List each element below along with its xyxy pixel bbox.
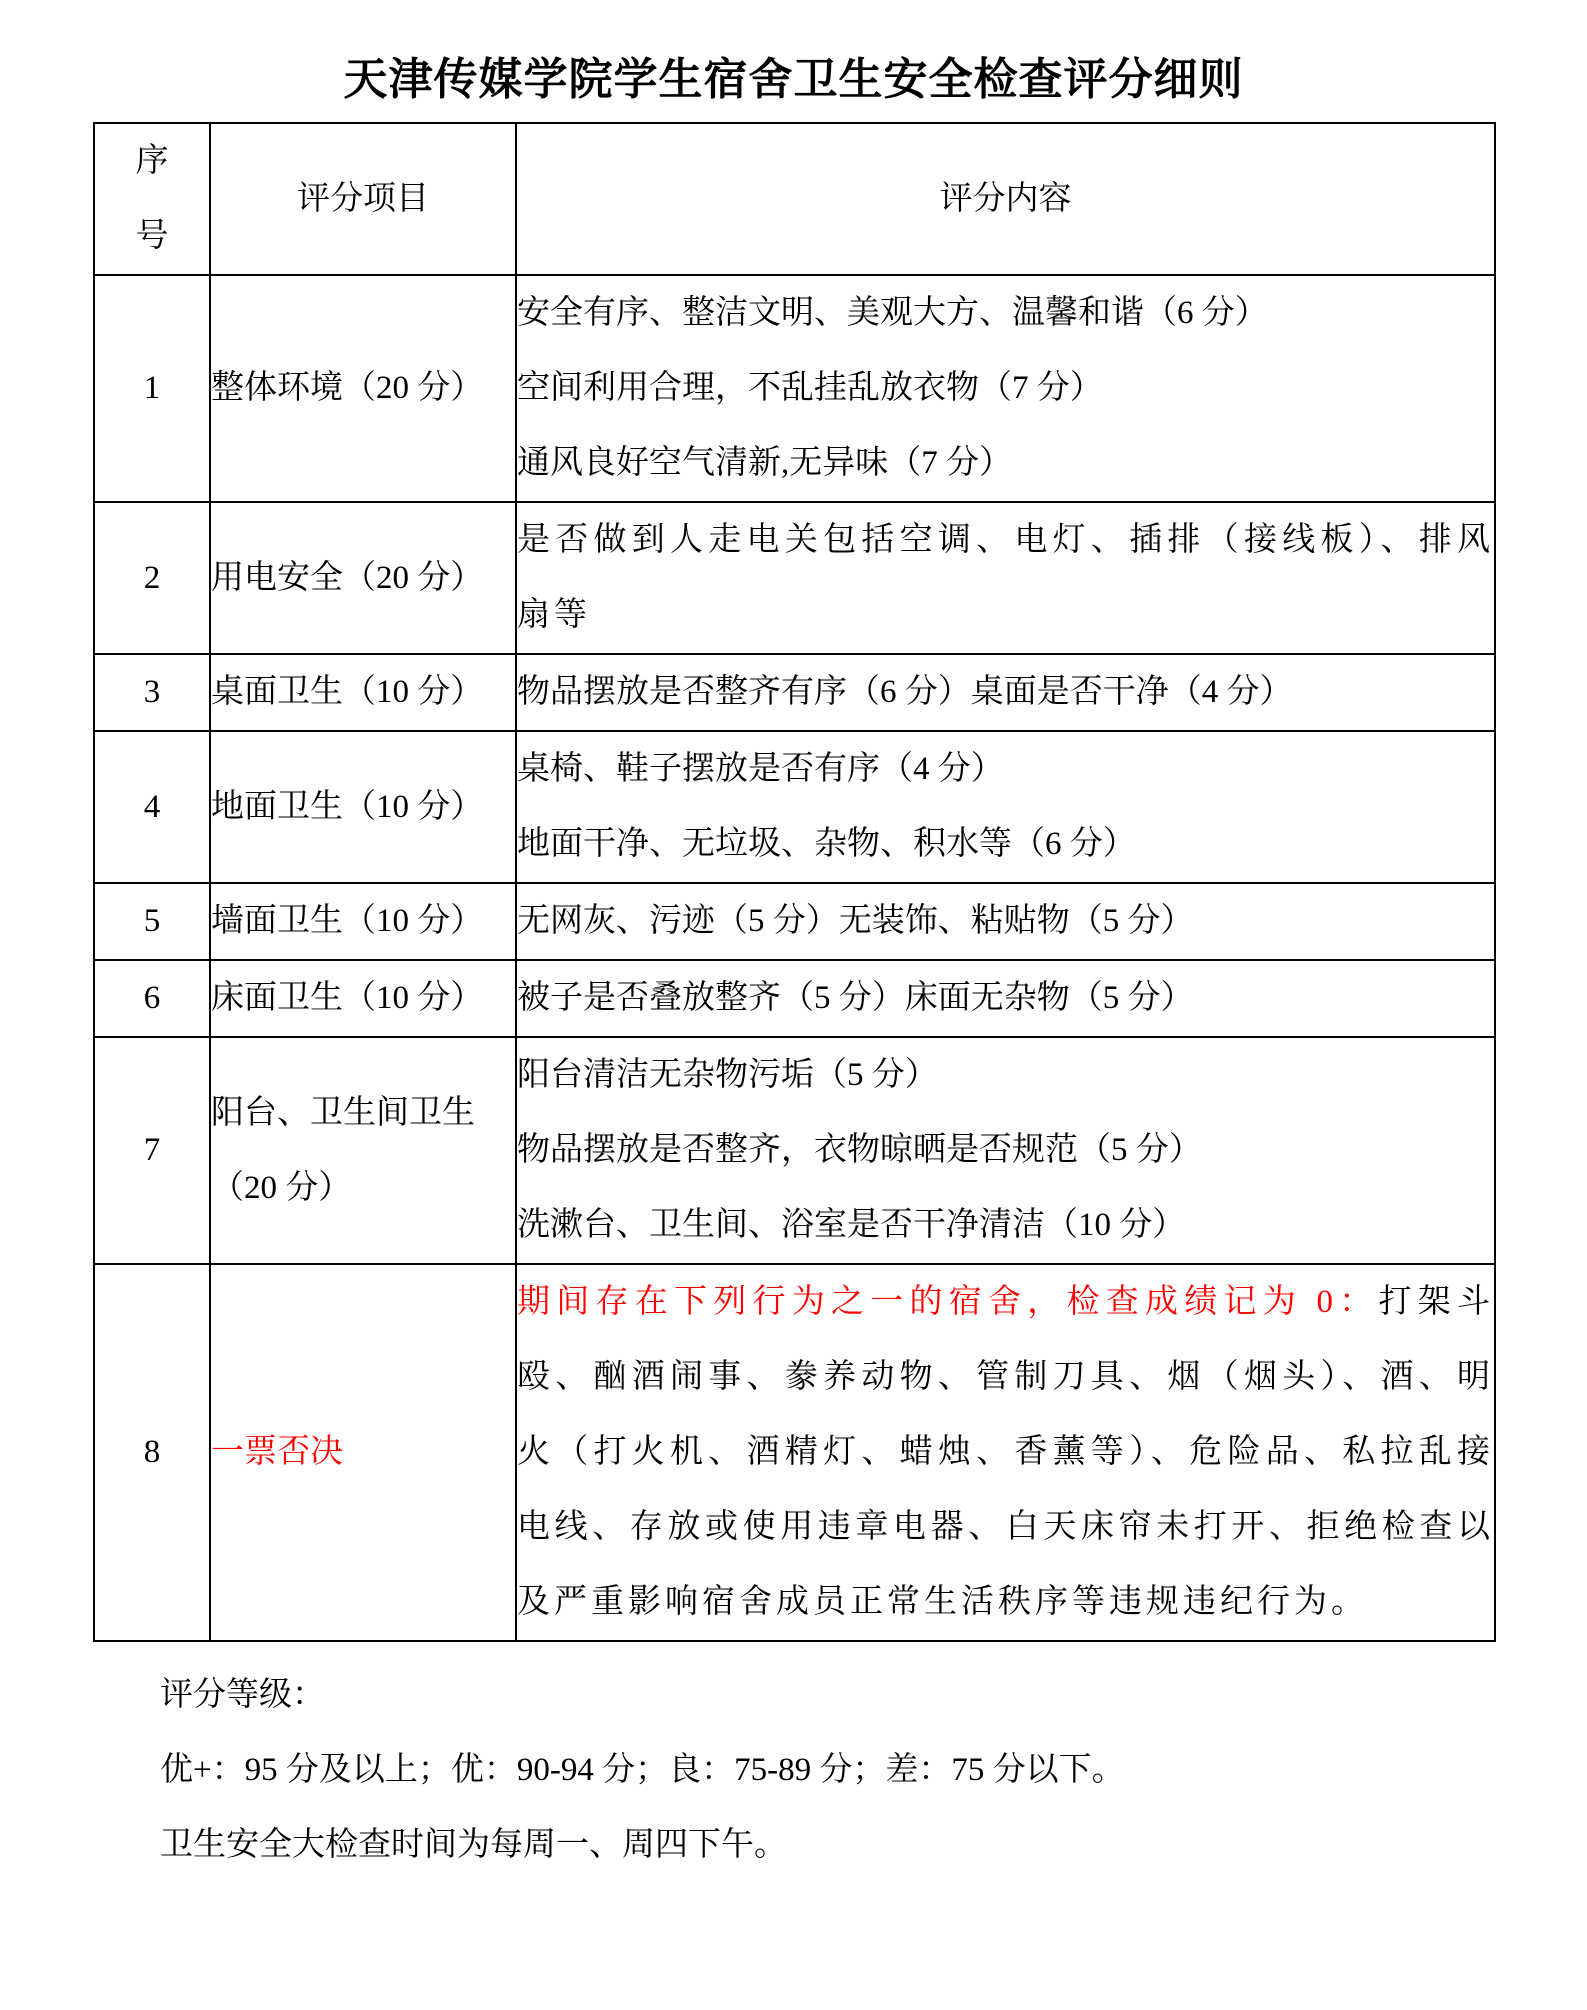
row-item: 地面卫生（10 分） [210, 731, 516, 883]
row-content: 是否做到人走电关包括空调、电灯、插排（接线板）、排风扇等 [516, 502, 1495, 654]
document-title: 天津传媒学院学生宿舍卫生安全检查评分细则 [0, 56, 1587, 104]
header-item-label: 评分项目 [297, 181, 429, 217]
veto-black-text: 打架斗殴、酗酒闹事、豢养动物、管制刀具、烟（烟头）、酒、明火（打火机、酒精灯、蜡… [517, 1284, 1494, 1620]
content-line: 桌椅、鞋子摆放是否有序（4 分） [517, 732, 1494, 807]
row-no: 1 [94, 275, 210, 502]
header-no-label: 序 号 [136, 143, 169, 254]
row-item: 整体环境（20 分） [210, 275, 516, 502]
footer-grade-scale: 优+：95 分及以上；优：90-94 分；良：75-89 分；差：75 分以下。 [160, 1733, 1587, 1808]
veto-red-text: 期间存在下列行为之一的宿舍，检查成绩记为 0： [517, 1284, 1379, 1320]
row-item: 用电安全（20 分） [210, 502, 516, 654]
row-no: 8 [94, 1264, 210, 1641]
row-item: 床面卫生（10 分） [210, 960, 516, 1037]
veto-item-label: 一票否决 [210, 1264, 516, 1641]
row-content: 被子是否叠放整齐（5 分）床面无杂物（5 分） [516, 960, 1495, 1037]
content-line: 物品摆放是否整齐有序（6 分）桌面是否干净（4 分） [517, 655, 1494, 730]
document-page: 天津传媒学院学生宿舍卫生安全检查评分细则 序 号 评分项目 评分内容 1 整体环… [0, 0, 1587, 2010]
footer-grade-label: 评分等级： [160, 1658, 1587, 1733]
row-item: 墙面卫生（10 分） [210, 883, 516, 960]
footer-notes: 评分等级： 优+：95 分及以上；优：90-94 分；良：75-89 分；差：7… [160, 1658, 1587, 1883]
row-no: 6 [94, 960, 210, 1037]
header-cell-no: 序 号 [94, 123, 210, 275]
row-content: 无网灰、污迹（5 分）无装饰、粘贴物（5 分） [516, 883, 1495, 960]
table-row: 4 地面卫生（10 分） 桌椅、鞋子摆放是否有序（4 分） 地面干净、无垃圾、杂… [94, 731, 1495, 883]
row-no: 2 [94, 502, 210, 654]
footer-schedule: 卫生安全大检查时间为每周一、周四下午。 [160, 1808, 1587, 1883]
row-no: 4 [94, 731, 210, 883]
row-item: 阳台、卫生间卫生（20 分） [210, 1037, 516, 1264]
content-line: 安全有序、整洁文明、美观大方、温馨和谐（6 分） [517, 276, 1494, 351]
header-cell-content: 评分内容 [516, 123, 1495, 275]
table-header-row: 序 号 评分项目 评分内容 [94, 123, 1495, 275]
scoring-table: 序 号 评分项目 评分内容 1 整体环境（20 分） 安全有序、整洁文明、美观大… [93, 122, 1496, 1642]
row-content: 期间存在下列行为之一的宿舍，检查成绩记为 0：打架斗殴、酗酒闹事、豢养动物、管制… [516, 1264, 1495, 1641]
veto-paragraph: 期间存在下列行为之一的宿舍，检查成绩记为 0：打架斗殴、酗酒闹事、豢养动物、管制… [517, 1265, 1494, 1640]
table-row-veto: 8 一票否决 期间存在下列行为之一的宿舍，检查成绩记为 0：打架斗殴、酗酒闹事、… [94, 1264, 1495, 1641]
row-item: 桌面卫生（10 分） [210, 654, 516, 731]
row-content: 物品摆放是否整齐有序（6 分）桌面是否干净（4 分） [516, 654, 1495, 731]
content-line: 物品摆放是否整齐，衣物晾晒是否规范（5 分） [517, 1113, 1494, 1188]
content-line: 被子是否叠放整齐（5 分）床面无杂物（5 分） [517, 961, 1494, 1036]
row-no: 5 [94, 883, 210, 960]
content-line: 阳台清洁无杂物污垢（5 分） [517, 1038, 1494, 1113]
table-row: 6 床面卫生（10 分） 被子是否叠放整齐（5 分）床面无杂物（5 分） [94, 960, 1495, 1037]
table-row: 5 墙面卫生（10 分） 无网灰、污迹（5 分）无装饰、粘贴物（5 分） [94, 883, 1495, 960]
row-content: 桌椅、鞋子摆放是否有序（4 分） 地面干净、无垃圾、杂物、积水等（6 分） [516, 731, 1495, 883]
table-row: 2 用电安全（20 分） 是否做到人走电关包括空调、电灯、插排（接线板）、排风扇… [94, 502, 1495, 654]
content-line: 洗漱台、卫生间、浴室是否干净清洁（10 分） [517, 1188, 1494, 1263]
content-paragraph: 是否做到人走电关包括空调、电灯、插排（接线板）、排风扇等 [517, 503, 1494, 653]
row-content: 安全有序、整洁文明、美观大方、温馨和谐（6 分） 空间利用合理，不乱挂乱放衣物（… [516, 275, 1495, 502]
row-content: 阳台清洁无杂物污垢（5 分） 物品摆放是否整齐，衣物晾晒是否规范（5 分） 洗漱… [516, 1037, 1495, 1264]
row-no: 7 [94, 1037, 210, 1264]
table-row: 7 阳台、卫生间卫生（20 分） 阳台清洁无杂物污垢（5 分） 物品摆放是否整齐… [94, 1037, 1495, 1264]
content-line: 通风良好空气清新,无异味（7 分） [517, 426, 1494, 501]
header-content-label: 评分内容 [940, 181, 1072, 217]
content-line: 地面干净、无垃圾、杂物、积水等（6 分） [517, 807, 1494, 882]
header-cell-item: 评分项目 [210, 123, 516, 275]
table-row: 1 整体环境（20 分） 安全有序、整洁文明、美观大方、温馨和谐（6 分） 空间… [94, 275, 1495, 502]
content-line: 空间利用合理，不乱挂乱放衣物（7 分） [517, 351, 1494, 426]
table-row: 3 桌面卫生（10 分） 物品摆放是否整齐有序（6 分）桌面是否干净（4 分） [94, 654, 1495, 731]
row-no: 3 [94, 654, 210, 731]
content-line: 无网灰、污迹（5 分）无装饰、粘贴物（5 分） [517, 884, 1494, 959]
